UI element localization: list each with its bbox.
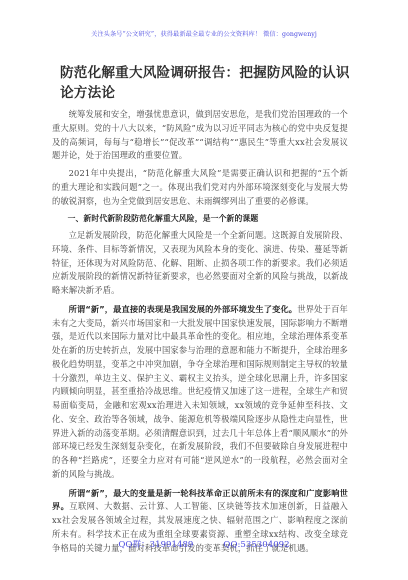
paragraph-new-stage: 立足新发展阶段，防范化解重大风险是一个全新问题。这既源自发展阶段、环境、条件、目… bbox=[52, 229, 348, 298]
paragraph-2021: 2021年中央提出，“防范化解重大风险”是需要正确认识和把握的“五个新的重大理论… bbox=[52, 167, 348, 208]
qq-group-label: QQ群：31991489 bbox=[118, 538, 193, 550]
paragraph-text: 世界处于百年未有之大变局，新兴市场国家和一大批发展中国家快速发展，国际影响力不断… bbox=[52, 304, 348, 479]
header-banner: 关注头条号“公文研究”，获得最新最全最专业的公文资料库！ 微信：gongweny… bbox=[0, 29, 408, 38]
document-title: 防范化解重大风险调研报告：把握防风险的认识论方法论 bbox=[60, 63, 350, 103]
paragraph-intro: 统筹发展和安全，增强忧患意识，做到居安思危，是我们党治国理政的一个重大原则。党的… bbox=[52, 108, 348, 163]
section-heading-1: 一、新时代新阶段防范化解重大风险，是一个新的课题 bbox=[52, 212, 348, 226]
qq-label: QQ:535304092 bbox=[223, 540, 289, 550]
footer-contact: QQ群：31991489QQ:535304092 bbox=[0, 538, 408, 550]
paragraph-external-env: 所谓“新”，最直接的表现是我国发展的外部环境发生了变化。世界处于百年未有之大变局… bbox=[52, 303, 348, 482]
lead-sentence: 所谓“新”，最直接的表现是我国发展的外部环境发生了变化。 bbox=[69, 304, 298, 314]
document-body: 统筹发展和安全，增强忧患意识，做到居安思危，是我们党治国理政的一个重大原则。党的… bbox=[52, 108, 348, 559]
document-page: 关注头条号“公文研究”，获得最新最全最专业的公文资料库！ 微信：gongweny… bbox=[0, 0, 408, 580]
